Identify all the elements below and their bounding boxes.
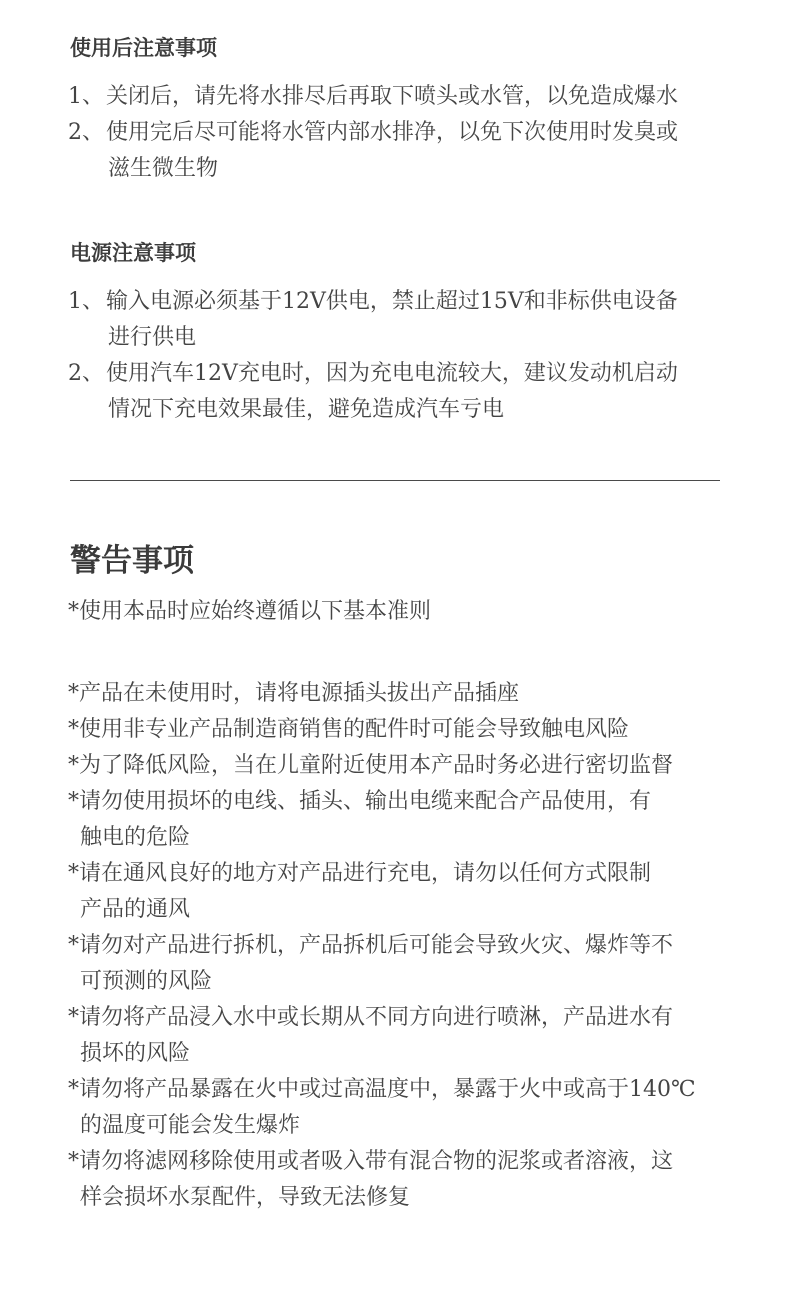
warnings-list: *产品在未使用时，请将电源插头拔出产品插座 *使用非专业产品制造商销售的配件时可… (68, 676, 748, 1216)
warning-item: *为了降低风险，当在儿童附近使用本产品时务必进行密切监督 (68, 748, 748, 784)
warnings-intro: *使用本品时应始终遵循以下基本准则 (68, 594, 431, 630)
warning-text: *请勿将滤网移除使用或者吸入带有混合物的泥浆或者溶液，这 (68, 1149, 673, 1174)
item-text: 输入电源必须基于12V供电，禁止超过15V和非标供电设备 (106, 289, 678, 314)
warning-item: *使用非专业产品制造商销售的配件时可能会导致触电风险 (68, 712, 748, 748)
power-title: 电源注意事项 (70, 237, 196, 267)
warning-text-continued: 触电的危险 (68, 820, 748, 856)
section-divider (70, 480, 720, 481)
warning-text: *请勿将产品暴露在火中或过高温度中，暴露于火中或高于140℃ (68, 1077, 696, 1102)
after-use-title: 使用后注意事项 (70, 32, 217, 62)
warning-text: *为了降低风险，当在儿童附近使用本产品时务必进行密切监督 (68, 753, 673, 778)
warning-text-continued: 损坏的风险 (68, 1036, 748, 1072)
power-item-2: 2、使用汽车12V充电时，因为充电电流较大，建议发动机启动 情况下充电效果最佳，… (68, 356, 728, 428)
item-text: 使用完后尽可能将水管内部水排净，以免下次使用时发臭或 (106, 120, 678, 145)
warning-text-continued: 可预测的风险 (68, 964, 748, 1000)
item-text-continued: 滋生微生物 (68, 151, 728, 187)
warning-text: *请在通风良好的地方对产品进行充电，请勿以任何方式限制 (68, 861, 651, 886)
warning-item: *请勿将产品暴露在火中或过高温度中，暴露于火中或高于140℃ 的温度可能会发生爆… (68, 1072, 748, 1144)
warning-text-continued: 产品的通风 (68, 892, 748, 928)
after-use-item-1: 1、关闭后，请先将水排尽后再取下喷头或水管，以免造成爆水 (68, 79, 728, 115)
warning-item: *产品在未使用时，请将电源插头拔出产品插座 (68, 676, 748, 712)
item-text-continued: 情况下充电效果最佳，避免造成汽车亏电 (68, 392, 728, 428)
warning-item: *请勿将产品浸入水中或长期从不同方向进行喷淋，产品进水有 损坏的风险 (68, 1000, 748, 1072)
warning-item: *请勿对产品进行拆机，产品拆机后可能会导致火灾、爆炸等不 可预测的风险 (68, 928, 748, 1000)
item-number: 1、 (68, 79, 106, 115)
item-number: 2、 (68, 115, 106, 151)
item-text-continued: 进行供电 (68, 320, 728, 356)
warning-text: *请勿将产品浸入水中或长期从不同方向进行喷淋，产品进水有 (68, 1005, 673, 1030)
after-use-item-2: 2、使用完后尽可能将水管内部水排净，以免下次使用时发臭或 滋生微生物 (68, 115, 728, 187)
warning-text-continued: 的温度可能会发生爆炸 (68, 1108, 748, 1144)
item-number: 1、 (68, 284, 106, 320)
item-number: 2、 (68, 356, 106, 392)
item-text: 使用汽车12V充电时，因为充电电流较大，建议发动机启动 (106, 361, 678, 386)
warning-text: *产品在未使用时，请将电源插头拔出产品插座 (68, 681, 519, 706)
warning-text: *使用非专业产品制造商销售的配件时可能会导致触电风险 (68, 717, 629, 742)
warning-item: *请勿使用损坏的电线、插头、输出电缆来配合产品使用，有 触电的危险 (68, 784, 748, 856)
warning-item: *请在通风良好的地方对产品进行充电，请勿以任何方式限制 产品的通风 (68, 856, 748, 928)
manual-page: 使用后注意事项 1、关闭后，请先将水排尽后再取下喷头或水管，以免造成爆水 2、使… (0, 0, 790, 1315)
power-item-1: 1、输入电源必须基于12V供电，禁止超过15V和非标供电设备 进行供电 (68, 284, 728, 356)
item-text: 关闭后，请先将水排尽后再取下喷头或水管，以免造成爆水 (106, 84, 678, 109)
warning-text-continued: 样会损坏水泵配件，导致无法修复 (68, 1180, 748, 1216)
warning-item: *请勿将滤网移除使用或者吸入带有混合物的泥浆或者溶液，这 样会损坏水泵配件，导致… (68, 1144, 748, 1216)
warnings-title: 警告事项 (70, 535, 194, 580)
warning-text: *请勿对产品进行拆机，产品拆机后可能会导致火灾、爆炸等不 (68, 933, 673, 958)
warning-text: *请勿使用损坏的电线、插头、输出电缆来配合产品使用，有 (68, 789, 651, 814)
